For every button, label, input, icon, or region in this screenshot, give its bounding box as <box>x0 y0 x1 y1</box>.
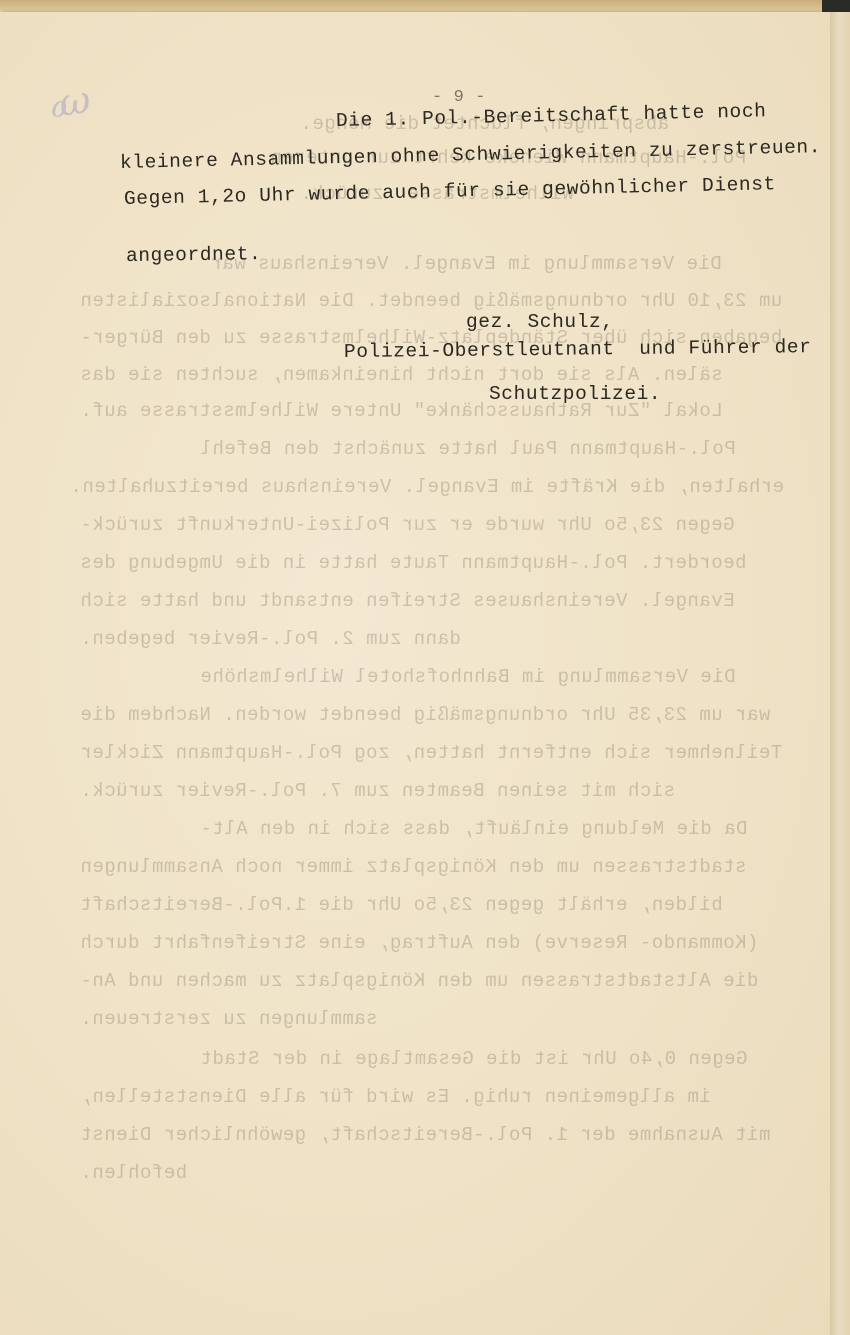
bleed-line: Die Versammlung im Bahnhofshotel Wilhelm… <box>200 666 736 688</box>
signature-unit: Schutzpolizei. <box>489 383 661 405</box>
next-page-edge <box>830 12 850 1335</box>
bleed-line: Gegen 23,5o Uhr wurde er zur Polizei-Unt… <box>80 514 735 536</box>
bleed-line: dann zum 2. Pol.-Revier begeben. <box>80 628 461 650</box>
bleed-line: beordert. Pol.-Hauptmann Taute hatte in … <box>80 552 747 574</box>
bleed-line: erhalten, die Kräfte im Evangel. Vereins… <box>70 476 784 498</box>
bleed-line: (Kommando- Reserve) den Auftrag, eine St… <box>80 932 758 954</box>
bleed-line: stadtstrassen um den Königsplatz immer n… <box>80 856 747 878</box>
bleed-line: Da die Meldung einläuft, dass sich in de… <box>200 818 748 840</box>
paragraph-line: angeordnet. <box>126 243 262 267</box>
bleed-line: war um 23,35 Uhr ordnungsmäßig beendet w… <box>80 704 770 726</box>
bleed-line: sich mit seinen Beamten zum 7. Pol.-Revi… <box>80 780 675 802</box>
bleed-line: Evangel. Vereinshauses Streifen entsandt… <box>80 590 735 612</box>
bleed-line: befohlen. <box>80 1162 187 1184</box>
bleed-line: Teilnehmer sich entfernt hatten, zog Pol… <box>80 742 782 764</box>
page-number: - 9 - <box>432 88 486 107</box>
bleed-line: Pol.-Hauptmann Paul hatte zunächst den B… <box>200 438 736 460</box>
bleed-line: bilden, erhält gegen 23,5o Uhr die 1.Pol… <box>80 894 723 916</box>
signature-name: gez. Schulz, <box>466 311 614 333</box>
bleed-line: Die Versammlung im Evangel. Vereinshaus … <box>210 253 722 275</box>
bleed-line: Gegen 0,4o Uhr ist die Gesamtlage in der… <box>200 1048 748 1070</box>
bleed-line: die Altstadtstrassen um den Königsplatz … <box>80 970 758 992</box>
bleed-line: im allgemeinen ruhig. Es wird für alle D… <box>80 1086 711 1108</box>
bleed-line: mit Ausnahme der 1. Pol.-Bereitschaft, g… <box>80 1124 770 1146</box>
bleed-line: um 23,10 Uhr ordnungsmäßig beendet. Die … <box>80 290 782 312</box>
bleed-line: sammlungen zu zerstreuen. <box>80 1008 378 1030</box>
